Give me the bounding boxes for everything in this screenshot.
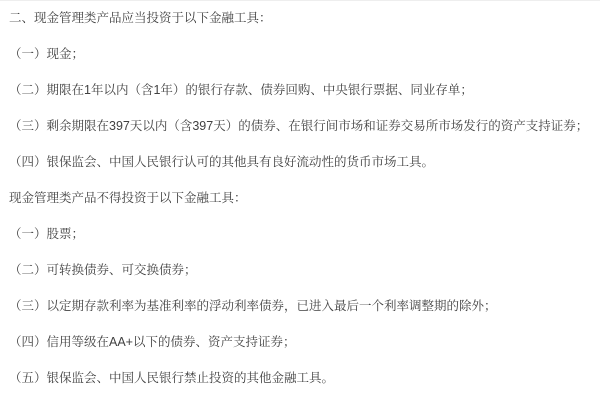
section-allowed-heading: 二、现金管理类产品应当投资于以下金融工具： bbox=[9, 9, 590, 27]
prohibited-item-3: （三）以定期存款利率为基准利率的浮动利率债券，已进入最后一个利率调整期的除外； bbox=[9, 297, 590, 315]
allowed-item-1: （一）现金； bbox=[9, 45, 590, 63]
prohibited-item-4: （四）信用等级在AA+以下的债券、资产支持证券； bbox=[9, 333, 590, 351]
prohibited-item-1: （一）股票； bbox=[9, 225, 590, 243]
section-prohibited-heading: 现金管理类产品不得投资于以下金融工具： bbox=[9, 189, 590, 207]
prohibited-item-2: （二）可转换债券、可交换债券； bbox=[9, 261, 590, 279]
section-allowed-investments: 二、现金管理类产品应当投资于以下金融工具： （一）现金； （二）期限在1年以内（… bbox=[9, 9, 590, 171]
section-prohibited-investments: 现金管理类产品不得投资于以下金融工具： （一）股票； （二）可转换债券、可交换债… bbox=[9, 189, 590, 387]
allowed-item-2: （二）期限在1年以内（含1年）的银行存款、债券回购、中央银行票据、同业存单； bbox=[9, 81, 590, 99]
allowed-item-4: （四）银保监会、中国人民银行认可的其他具有良好流动性的货币市场工具。 bbox=[9, 153, 590, 171]
allowed-item-3: （三）剩余期限在397天以内（含397天）的债券、在银行间市场和证券交易所市场发… bbox=[9, 117, 590, 135]
document-body: 二、现金管理类产品应当投资于以下金融工具： （一）现金； （二）期限在1年以内（… bbox=[0, 0, 600, 404]
prohibited-item-5: （五）银保监会、中国人民银行禁止投资的其他金融工具。 bbox=[9, 369, 590, 387]
